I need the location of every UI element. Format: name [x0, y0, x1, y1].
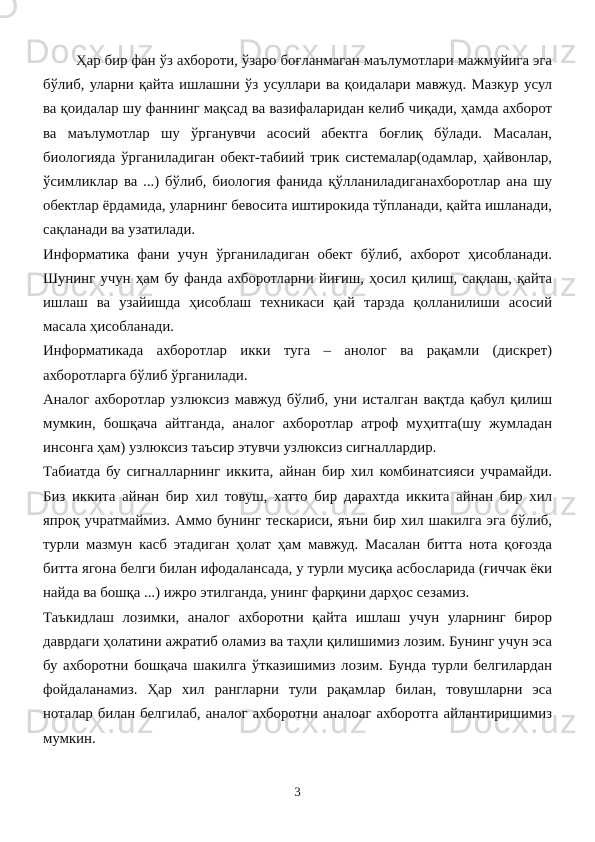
document-page: Docx.uzDocx.uzDocx.uzDocx.uzDocx.uzDocx.…	[0, 0, 595, 842]
paragraph: Таъкидлаш лозимки, аналог ахборотни қайт…	[43, 606, 552, 751]
watermark-text: D	[0, 0, 17, 20]
watermark-corner-fragment: D	[0, 0, 17, 20]
paragraph: Информатика фани учун ўрганиладиган обек…	[43, 243, 552, 340]
page-number: 3	[0, 784, 595, 800]
paragraph: Ҳар бир фан ўз ахбороти, ўзаро боғланмаг…	[43, 49, 552, 243]
paragraph: Информатикада ахборотлар икки туга – ано…	[43, 339, 552, 387]
document-text: Ҳар бир фан ўз ахбороти, ўзаро боғланмаг…	[43, 49, 552, 751]
paragraph: Аналог ахборотлар узлюксиз мавжуд бўлиб,…	[43, 388, 552, 461]
paragraph: Табиатда бу сигналларнинг иккита, айнан …	[43, 460, 552, 605]
